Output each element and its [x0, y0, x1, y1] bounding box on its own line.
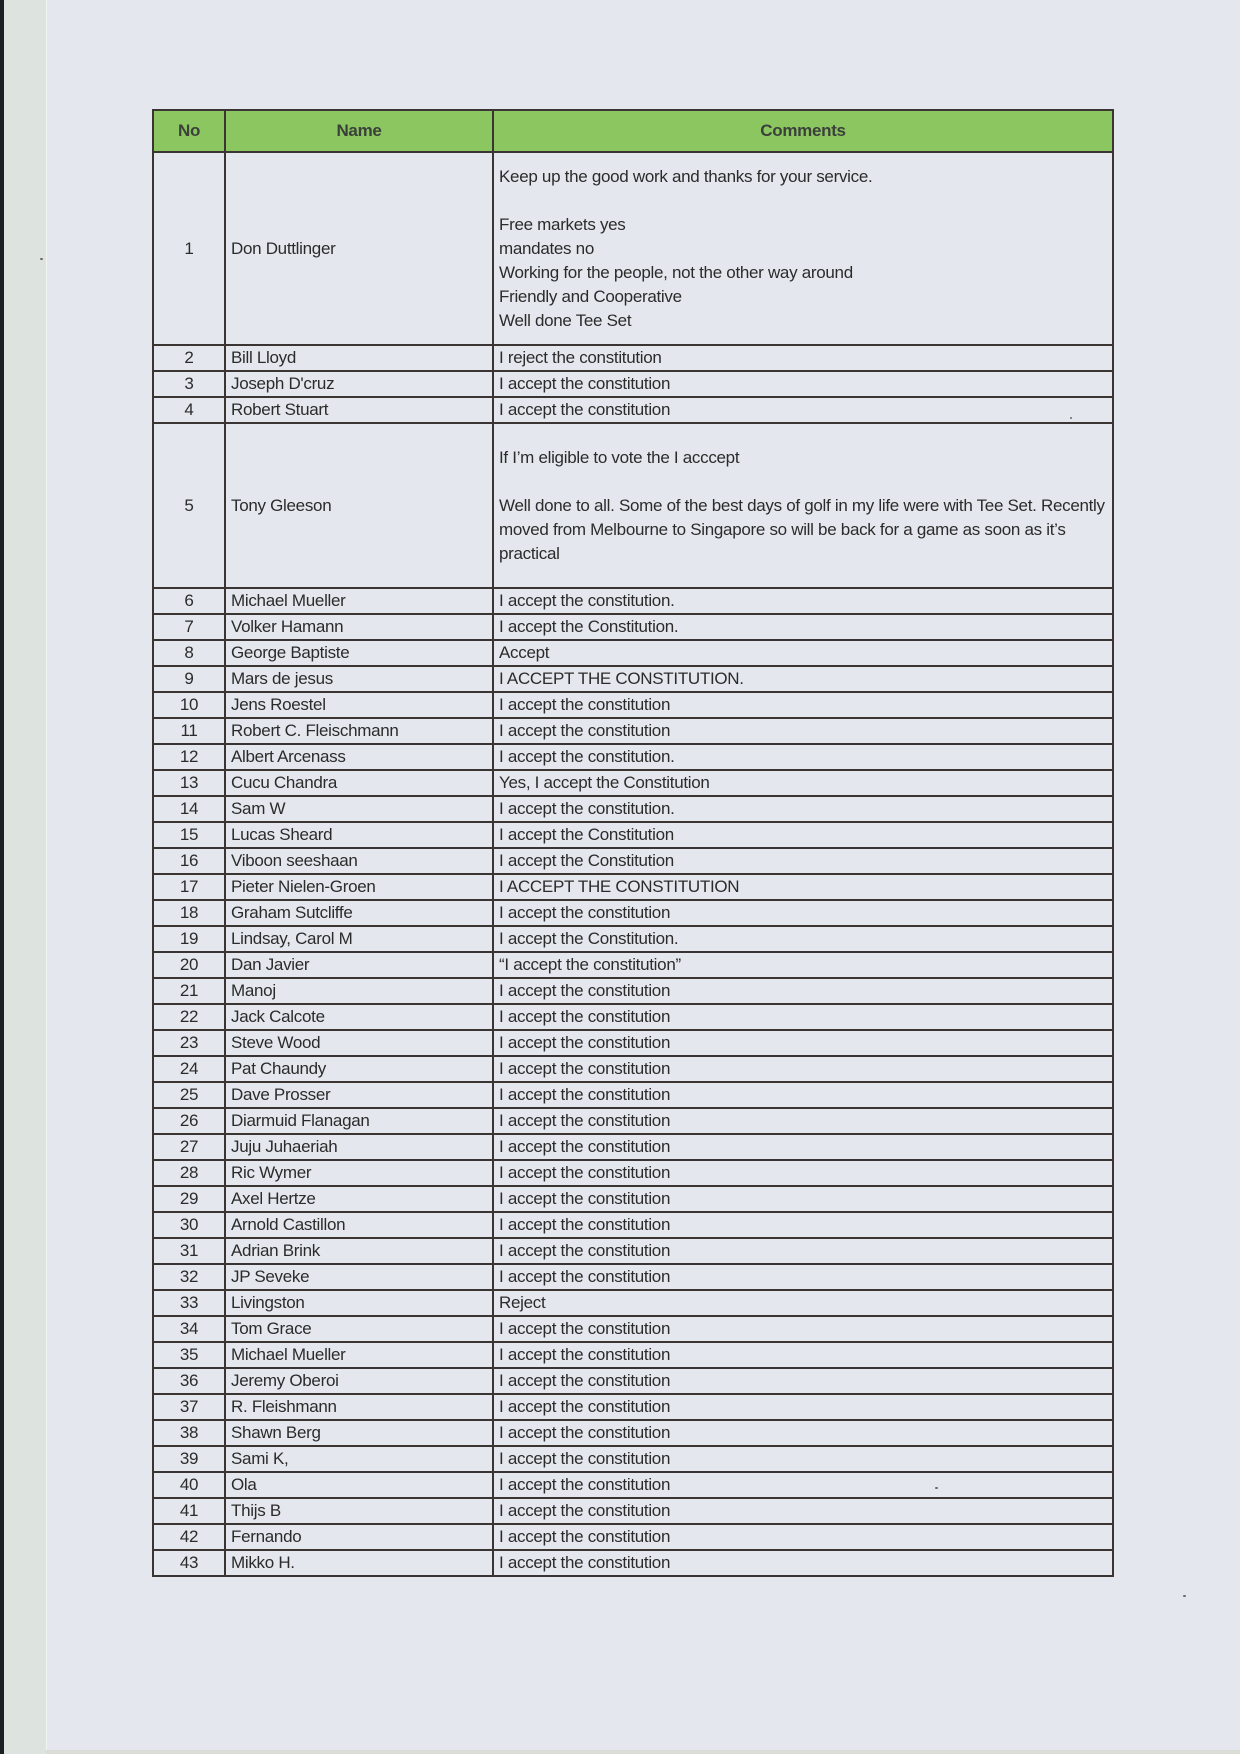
row-number: 16: [153, 848, 225, 874]
row-comment: I accept the constitution: [493, 1160, 1113, 1186]
row-number: 41: [153, 1498, 225, 1524]
row-number: 32: [153, 1264, 225, 1290]
table-row: 26Diarmuid FlanaganI accept the constitu…: [153, 1108, 1113, 1134]
row-number: 13: [153, 770, 225, 796]
row-name: Jens Roestel: [225, 692, 493, 718]
table-row: 30Arnold CastillonI accept the constitut…: [153, 1212, 1113, 1238]
table-row: 6Michael MuellerI accept the constitutio…: [153, 588, 1113, 614]
row-comment: I accept the constitution: [493, 1394, 1113, 1420]
table-row: 16Viboon seeshaanI accept the Constituti…: [153, 848, 1113, 874]
row-comment: I accept the constitution: [493, 371, 1113, 397]
comment-line: Keep up the good work and thanks for you…: [499, 165, 1107, 189]
table-row: 40OlaI accept the constitution: [153, 1472, 1113, 1498]
row-number: 4: [153, 397, 225, 423]
row-name: Adrian Brink: [225, 1238, 493, 1264]
table-row: 11Robert C. FleischmannI accept the cons…: [153, 718, 1113, 744]
row-comment: I accept the constitution: [493, 1082, 1113, 1108]
table-row: 33LivingstonReject: [153, 1290, 1113, 1316]
table-row: 23Steve WoodI accept the constitution: [153, 1030, 1113, 1056]
table-row: 25Dave ProsserI accept the constitution: [153, 1082, 1113, 1108]
table-row: 39Sami K,I accept the constitution: [153, 1446, 1113, 1472]
row-number: 14: [153, 796, 225, 822]
row-comment: I accept the Constitution: [493, 848, 1113, 874]
row-comment: Accept: [493, 640, 1113, 666]
scan-edge-strip: [4, 0, 47, 1754]
row-number: 36: [153, 1368, 225, 1394]
row-number: 29: [153, 1186, 225, 1212]
row-number: 17: [153, 874, 225, 900]
row-number: 1: [153, 152, 225, 345]
table-row: 29Axel HertzeI accept the constitution: [153, 1186, 1113, 1212]
row-name: Dave Prosser: [225, 1082, 493, 1108]
row-number: 3: [153, 371, 225, 397]
row-name: Fernando: [225, 1524, 493, 1550]
row-name: Michael Mueller: [225, 1342, 493, 1368]
row-name: Robert C. Fleischmann: [225, 718, 493, 744]
row-comment: I accept the constitution: [493, 1108, 1113, 1134]
row-name: Dan Javier: [225, 952, 493, 978]
row-comment: Reject: [493, 1290, 1113, 1316]
row-comment: I accept the constitution: [493, 1004, 1113, 1030]
row-number: 39: [153, 1446, 225, 1472]
row-number: 6: [153, 588, 225, 614]
column-header-name: Name: [225, 110, 493, 152]
table-row: 37R. FleishmannI accept the constitution: [153, 1394, 1113, 1420]
table-row: 22Jack CalcoteI accept the constitution: [153, 1004, 1113, 1030]
row-name: Juju Juhaeriah: [225, 1134, 493, 1160]
table-row: 17Pieter Nielen-GroenI ACCEPT THE CONSTI…: [153, 874, 1113, 900]
row-number: 37: [153, 1394, 225, 1420]
row-comment: I accept the constitution: [493, 1368, 1113, 1394]
table-row: 21ManojI accept the constitution: [153, 978, 1113, 1004]
row-name: Lindsay, Carol M: [225, 926, 493, 952]
scan-speck: [935, 1487, 938, 1489]
row-name: Tony Gleeson: [225, 423, 493, 588]
row-number: 5: [153, 423, 225, 588]
row-number: 20: [153, 952, 225, 978]
scan-speck: [40, 258, 43, 260]
comment-line: Well done Tee Set: [499, 309, 1107, 333]
row-name: Cucu Chandra: [225, 770, 493, 796]
row-number: 8: [153, 640, 225, 666]
row-name: Diarmuid Flanagan: [225, 1108, 493, 1134]
row-name: Ola: [225, 1472, 493, 1498]
table-row: 42FernandoI accept the constitution: [153, 1524, 1113, 1550]
row-comment: I accept the constitution: [493, 1550, 1113, 1576]
row-comment: I accept the constitution: [493, 900, 1113, 926]
table-row: 9Mars de jesusI ACCEPT THE CONSTITUTION.: [153, 666, 1113, 692]
comment-line: [499, 189, 1107, 213]
row-number: 27: [153, 1134, 225, 1160]
row-name: Mikko H.: [225, 1550, 493, 1576]
row-comment: I accept the constitution: [493, 1212, 1113, 1238]
row-name: Jeremy Oberoi: [225, 1368, 493, 1394]
row-comment: I accept the Constitution: [493, 822, 1113, 848]
row-comment: I accept the constitution.: [493, 744, 1113, 770]
row-number: 2: [153, 345, 225, 371]
row-name: Albert Arcenass: [225, 744, 493, 770]
row-number: 7: [153, 614, 225, 640]
row-name: Robert Stuart: [225, 397, 493, 423]
row-name: Lucas Sheard: [225, 822, 493, 848]
table-row: 7Volker HamannI accept the Constitution.: [153, 614, 1113, 640]
scan-speck: [1183, 1595, 1186, 1597]
table-row: 35Michael MuellerI accept the constituti…: [153, 1342, 1113, 1368]
row-number: 31: [153, 1238, 225, 1264]
row-name: JP Seveke: [225, 1264, 493, 1290]
row-name: Volker Hamann: [225, 614, 493, 640]
table-row: 18Graham SutcliffeI accept the constitut…: [153, 900, 1113, 926]
table-row: 38Shawn BergI accept the constitution: [153, 1420, 1113, 1446]
row-number: 10: [153, 692, 225, 718]
row-comment: I accept the constitution: [493, 1342, 1113, 1368]
row-comment: I accept the constitution: [493, 1056, 1113, 1082]
row-comment: I ACCEPT THE CONSTITUTION.: [493, 666, 1113, 692]
row-name: Graham Sutcliffe: [225, 900, 493, 926]
row-name: Pieter Nielen-Groen: [225, 874, 493, 900]
row-number: 25: [153, 1082, 225, 1108]
row-number: 34: [153, 1316, 225, 1342]
table-row: 2Bill LloydI reject the constitution: [153, 345, 1113, 371]
row-comment: I accept the constitution: [493, 1524, 1113, 1550]
table-row: 1Don DuttlingerKeep up the good work and…: [153, 152, 1113, 345]
row-name: Joseph D'cruz: [225, 371, 493, 397]
row-name: R. Fleishmann: [225, 1394, 493, 1420]
row-comment: I accept the constitution: [493, 1420, 1113, 1446]
row-name: Shawn Berg: [225, 1420, 493, 1446]
comment-line: Well done to all. Some of the best days …: [499, 494, 1107, 566]
row-comment: I accept the constitution.: [493, 796, 1113, 822]
comment-line: Free markets yes: [499, 213, 1107, 237]
row-number: 21: [153, 978, 225, 1004]
row-name: Axel Hertze: [225, 1186, 493, 1212]
scan-speck: [1070, 417, 1072, 419]
row-name: Ric Wymer: [225, 1160, 493, 1186]
row-comment: If I’m eligible to vote the I accceptWel…: [493, 423, 1113, 588]
row-name: Manoj: [225, 978, 493, 1004]
table-row: 3Joseph D'cruzI accept the constitution: [153, 371, 1113, 397]
table-header-row: No Name Comments: [153, 110, 1113, 152]
table-row: 19Lindsay, Carol MI accept the Constitut…: [153, 926, 1113, 952]
row-comment: I accept the constitution: [493, 692, 1113, 718]
comment-line: Working for the people, not the other wa…: [499, 261, 1107, 285]
row-comment: I accept the constitution: [493, 1030, 1113, 1056]
table-row: 13Cucu ChandraYes, I accept the Constitu…: [153, 770, 1113, 796]
table-row: 12Albert ArcenassI accept the constituti…: [153, 744, 1113, 770]
row-name: Pat Chaundy: [225, 1056, 493, 1082]
comments-table: No Name Comments 1Don DuttlingerKeep up …: [152, 109, 1114, 1577]
row-name: Sami K,: [225, 1446, 493, 1472]
table-row: 8George BaptisteAccept: [153, 640, 1113, 666]
row-name: Bill Lloyd: [225, 345, 493, 371]
row-number: 30: [153, 1212, 225, 1238]
row-number: 42: [153, 1524, 225, 1550]
table-row: 4Robert StuartI accept the constitution: [153, 397, 1113, 423]
table-row: 41Thijs BI accept the constitution: [153, 1498, 1113, 1524]
table-row: 24Pat ChaundyI accept the constitution: [153, 1056, 1113, 1082]
row-name: Mars de jesus: [225, 666, 493, 692]
table-row: 36Jeremy OberoiI accept the constitution: [153, 1368, 1113, 1394]
row-number: 33: [153, 1290, 225, 1316]
table-row: 27Juju JuhaeriahI accept the constitutio…: [153, 1134, 1113, 1160]
row-number: 9: [153, 666, 225, 692]
row-comment: I accept the constitution: [493, 1264, 1113, 1290]
row-comment: Yes, I accept the Constitution: [493, 770, 1113, 796]
row-number: 28: [153, 1160, 225, 1186]
table-row: 28Ric WymerI accept the constitution: [153, 1160, 1113, 1186]
row-number: 40: [153, 1472, 225, 1498]
table-row: 10Jens RoestelI accept the constitution: [153, 692, 1113, 718]
table-row: 14Sam WI accept the constitution.: [153, 796, 1113, 822]
row-number: 38: [153, 1420, 225, 1446]
row-number: 22: [153, 1004, 225, 1030]
row-comment: I accept the constitution: [493, 1498, 1113, 1524]
row-number: 24: [153, 1056, 225, 1082]
row-name: Thijs B: [225, 1498, 493, 1524]
table-row: 43Mikko H.I accept the constitution: [153, 1550, 1113, 1576]
row-comment: I accept the constitution: [493, 1472, 1113, 1498]
column-header-comments: Comments: [493, 110, 1113, 152]
row-number: 12: [153, 744, 225, 770]
row-name: Don Duttlinger: [225, 152, 493, 345]
row-number: 43: [153, 1550, 225, 1576]
row-number: 19: [153, 926, 225, 952]
row-comment: Keep up the good work and thanks for you…: [493, 152, 1113, 345]
row-name: Jack Calcote: [225, 1004, 493, 1030]
row-comment: I accept the constitution: [493, 1446, 1113, 1472]
row-comment: I accept the constitution: [493, 1186, 1113, 1212]
table-row: 34Tom GraceI accept the constitution: [153, 1316, 1113, 1342]
row-comment: “I accept the constitution”: [493, 952, 1113, 978]
row-comment: I accept the constitution: [493, 1238, 1113, 1264]
row-number: 15: [153, 822, 225, 848]
row-comment: I accept the constitution: [493, 1316, 1113, 1342]
row-comment: I accept the Constitution.: [493, 614, 1113, 640]
row-name: George Baptiste: [225, 640, 493, 666]
row-name: Tom Grace: [225, 1316, 493, 1342]
row-number: 18: [153, 900, 225, 926]
row-comment: I accept the constitution: [493, 397, 1113, 423]
table-row: 20Dan Javier“I accept the constitution”: [153, 952, 1113, 978]
comment-line: [499, 470, 1107, 494]
row-comment: I accept the constitution: [493, 1134, 1113, 1160]
row-comment: I accept the Constitution.: [493, 926, 1113, 952]
row-comment: I accept the constitution.: [493, 588, 1113, 614]
table-row: 31Adrian BrinkI accept the constitution: [153, 1238, 1113, 1264]
row-comment: I reject the constitution: [493, 345, 1113, 371]
row-name: Arnold Castillon: [225, 1212, 493, 1238]
row-comment: I ACCEPT THE CONSTITUTION: [493, 874, 1113, 900]
row-number: 26: [153, 1108, 225, 1134]
comment-line: Friendly and Cooperative: [499, 285, 1107, 309]
comment-line: mandates no: [499, 237, 1107, 261]
row-comment: I accept the constitution: [493, 978, 1113, 1004]
scan-bottom-strip: [46, 1750, 1240, 1754]
comment-line: If I’m eligible to vote the I acccept: [499, 446, 1107, 470]
row-number: 35: [153, 1342, 225, 1368]
row-name: Viboon seeshaan: [225, 848, 493, 874]
row-name: Livingston: [225, 1290, 493, 1316]
row-name: Michael Mueller: [225, 588, 493, 614]
table-row: 15Lucas SheardI accept the Constitution: [153, 822, 1113, 848]
row-name: Steve Wood: [225, 1030, 493, 1056]
row-number: 23: [153, 1030, 225, 1056]
table-body: 1Don DuttlingerKeep up the good work and…: [153, 152, 1113, 1576]
column-header-no: No: [153, 110, 225, 152]
table-row: 32JP SevekeI accept the constitution: [153, 1264, 1113, 1290]
table-row: 5Tony GleesonIf I’m eligible to vote the…: [153, 423, 1113, 588]
row-number: 11: [153, 718, 225, 744]
row-name: Sam W: [225, 796, 493, 822]
row-comment: I accept the constitution: [493, 718, 1113, 744]
